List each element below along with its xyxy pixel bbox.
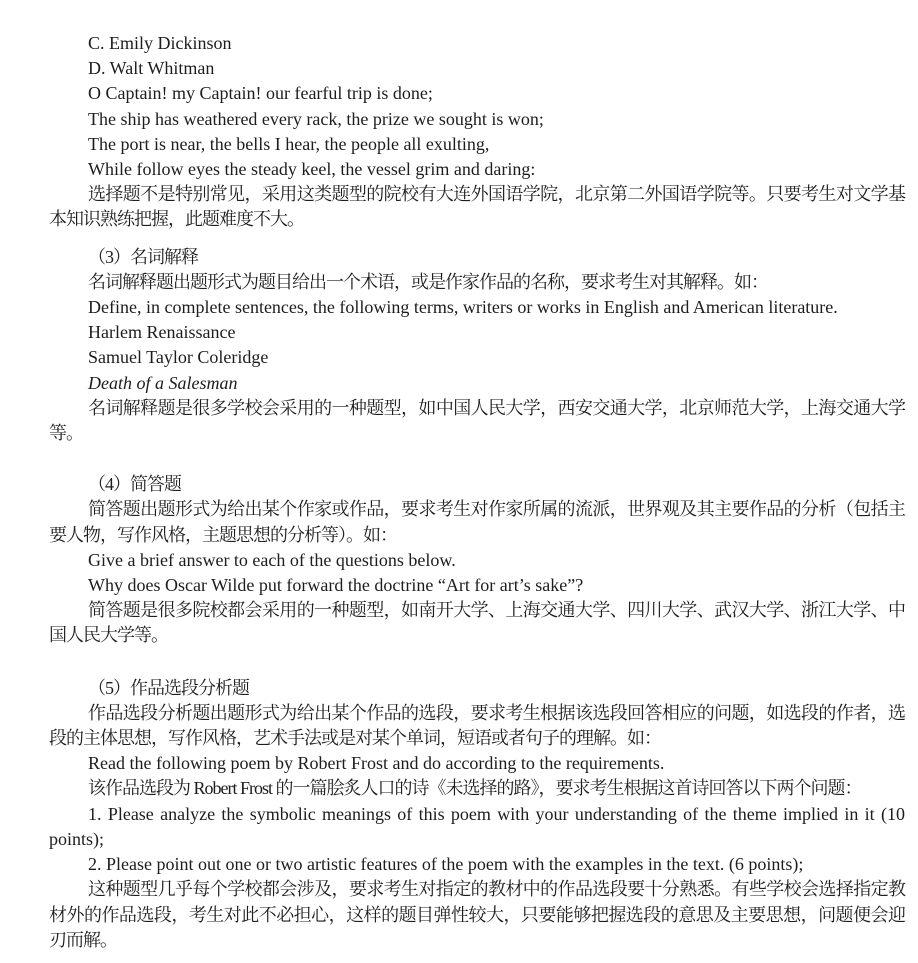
text-line: （5）作品选段分析题 xyxy=(49,676,905,701)
text-line: 名词解释题出题形式为题目给出一个术语，或是作家作品的名称，要求考生对其解释。如： xyxy=(49,270,905,295)
text-line: 1. Please analyze the symbolic meanings … xyxy=(49,802,905,827)
text-line: 材外的作品选段，考生对此不必担心，这样的题目弹性较大，只要能够把握选段的意思及主… xyxy=(49,903,905,928)
text-line: Harlem Renaissance xyxy=(49,320,905,345)
text-line: Samuel Taylor Coleridge xyxy=(49,345,905,370)
text-line: C. Emily Dickinson xyxy=(49,31,905,56)
text-line: While follow eyes the steady keel, the v… xyxy=(49,157,905,182)
text-line: 名词解释题是很多学校会采用的一种题型，如中国人民大学，西安交通大学，北京师范大学… xyxy=(49,396,905,421)
text-line: 要人物，写作风格，主题思想的分析等）。如： xyxy=(49,523,905,548)
text-line: 简答题是很多院校都会采用的一种题型，如南开大学、上海交通大学、四川大学、武汉大学… xyxy=(49,598,905,623)
text-line: Why does Oscar Wilde put forward the doc… xyxy=(49,573,905,598)
text-line: Give a brief answer to each of the quest… xyxy=(49,548,905,573)
text-line: 简答题出题形式为给出某个作家或作品，要求考生对作家所属的流派，世界观及其主要作品… xyxy=(49,497,905,522)
text-line: 这种题型几乎每个学校都会涉及，要求考生对指定的教材中的作品选段要十分熟悉。有些学… xyxy=(49,877,905,902)
text-line: 2. Please point out one or two artistic … xyxy=(49,852,905,877)
text-line: D. Walt Whitman xyxy=(49,56,905,81)
text-line: 该作品选段为 Robert Frost 的一篇脍炙人口的诗《未选择的路》，要求考… xyxy=(49,776,905,801)
text-line: （3）名词解释 xyxy=(49,245,905,270)
section-multiple-choice-tail: C. Emily DickinsonD. Walt WhitmanO Capta… xyxy=(49,31,905,233)
text-line: 选择题不是特别常见，采用这类题型的院校有大连外国语学院，北京第二外国语学院等。只… xyxy=(49,182,905,207)
document-text-area: C. Emily DickinsonD. Walt WhitmanO Capta… xyxy=(0,0,918,963)
section-passage-analysis: （5）作品选段分析题作品选段分析题出题形式为给出某个作品的选段，要求考生根据该选… xyxy=(49,676,905,953)
text-line: （4）简答题 xyxy=(49,472,905,497)
text-line: points); xyxy=(49,827,905,852)
section-short-answer: （4）简答题简答题出题形式为给出某个作家或作品，要求考生对作家所属的流派，世界观… xyxy=(49,472,905,648)
text-line: Define, in complete sentences, the follo… xyxy=(49,295,905,320)
text-line: 国人民大学等。 xyxy=(49,623,905,648)
text-line: Read the following poem by Robert Frost … xyxy=(49,751,905,776)
text-line: The ship has weathered every rack, the p… xyxy=(49,107,905,132)
text-line: 本知识熟练把握，此题难度不大。 xyxy=(49,207,905,232)
text-line: 作品选段分析题出题形式为给出某个作品的选段，要求考生根据该选段回答相应的问题，如… xyxy=(49,701,905,726)
text-line: O Captain! my Captain! our fearful trip … xyxy=(49,81,905,106)
text-line: 等。 xyxy=(49,421,905,446)
document-page: C. Emily DickinsonD. Walt WhitmanO Capta… xyxy=(0,0,918,963)
section-term-definition: （3）名词解释名词解释题出题形式为题目给出一个术语，或是作家作品的名称，要求考生… xyxy=(49,245,905,447)
text-line: The port is near, the bells I hear, the … xyxy=(49,132,905,157)
text-line: Death of a Salesman xyxy=(49,371,905,396)
text-line: 段的主体思想，写作风格，艺术手法或是对某个单词，短语或者句子的理解。如： xyxy=(49,726,905,751)
text-line: 刃而解。 xyxy=(49,928,905,953)
